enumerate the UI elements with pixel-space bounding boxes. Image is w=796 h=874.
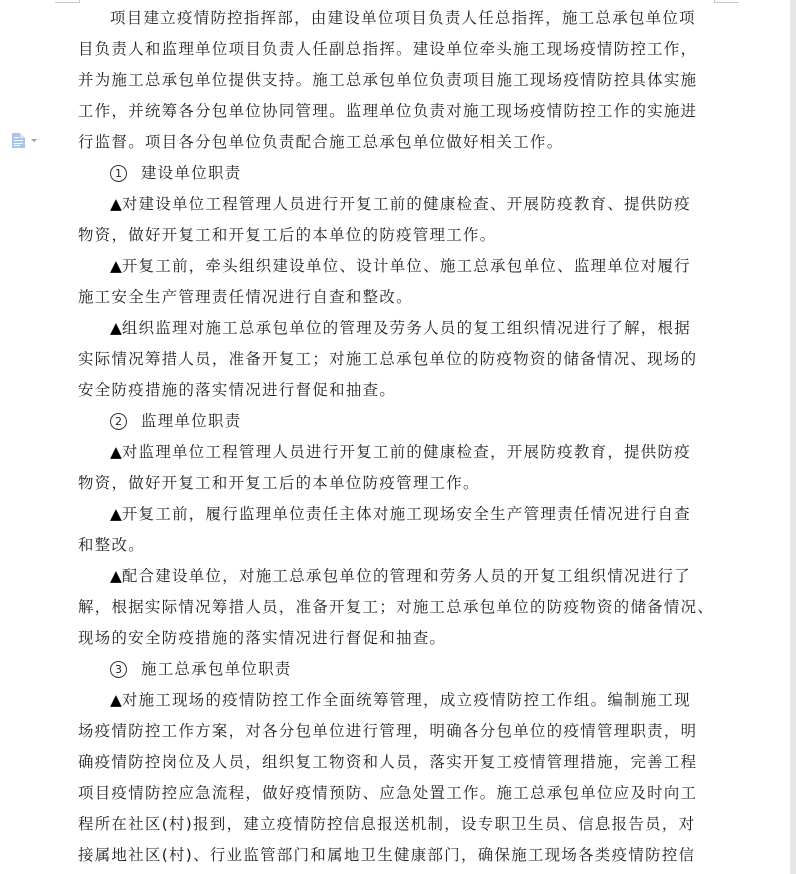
page-corner-mark-right (714, 0, 739, 3)
document-body: 项目建立疫情防控指挥部，由建设单位项目负责人任总指挥，施工总承包单位项 目负责人… (78, 0, 714, 871)
text-span: 对监理单位工程管理人员进行开复工前的健康检查，开展防疫教育，提供防疫 (122, 443, 691, 461)
text-line: 并为施工总承包单位提供支持。施工总承包单位负责项目施工现场疫情防控具体实施 (78, 65, 714, 96)
circled-number: 2 (110, 413, 127, 430)
section-heading: 1建设单位职责 (78, 158, 714, 189)
triangle-bullet-icon: ▲ (110, 443, 122, 461)
text-line: 确疫情防控岗位及人员，组织复工物资和人员，落实开复工疫情管理措施，完善工程 (78, 747, 714, 778)
document-icon (12, 133, 25, 148)
text-line: 项目建立疫情防控指挥部，由建设单位项目负责人任总指挥，施工总承包单位项 (78, 3, 714, 34)
text-line: 解，根据实际情况筹措人员，准备开复工；对施工总承包单位的防疫物资的储备情况、 (78, 592, 714, 623)
text-line: 实际情况筹措人员，准备开复工；对施工总承包单位的防疫物资的储备情况、现场的 (78, 344, 714, 375)
text-line: 接属地社区(村)、行业监管部门和属地卫生健康部门，确保施工现场各类疫情防控信 (78, 840, 714, 871)
bullet-line: ▲对监理单位工程管理人员进行开复工前的健康检查，开展防疫教育，提供防疫 (78, 437, 714, 468)
heading-text: 监理单位职责 (141, 412, 241, 430)
page-edge (790, 0, 796, 874)
text-line: 工作，并统筹各分包单位协同管理。监理单位负责对施工现场疫情防控工作的实施进 (78, 96, 714, 127)
text-span: 配合建设单位，对施工总承包单位的管理和劳务人员的开复工组织情况进行了 (122, 567, 691, 585)
bullet-line: ▲对建设单位工程管理人员进行开复工前的健康检查、开展防疫教育、提供防疫 (78, 189, 714, 220)
page-corner-mark-left (55, 0, 80, 3)
text-line: 程所在社区(村)报到，建立疫情防控信息报送机制，设专职卫生员、信息报告员，对 (78, 809, 714, 840)
text-line: 项目疫情防控应急流程，做好疫情预防、应急处置工作。施工总承包单位应及时向工 (78, 778, 714, 809)
bullet-line: ▲开复工前，履行监理单位责任主体对施工现场安全生产管理责任情况进行自查 (78, 499, 714, 530)
chevron-down-icon (31, 139, 37, 142)
heading-text: 建设单位职责 (141, 164, 241, 182)
text-line: 施工安全生产管理责任情况进行自查和整改。 (78, 282, 714, 313)
circled-number: 1 (110, 165, 127, 182)
paragraph-options-button[interactable] (12, 133, 37, 148)
text-span: 组织监理对施工总承包单位的管理及劳务人员的复工组织情况进行了解，根据 (122, 319, 691, 337)
triangle-bullet-icon: ▲ (110, 567, 122, 585)
bullet-line: ▲组织监理对施工总承包单位的管理及劳务人员的复工组织情况进行了解，根据 (78, 313, 714, 344)
text-line: 物资，做好开复工和开复工后的本单位的防疫管理工作。 (78, 220, 714, 251)
triangle-bullet-icon: ▲ (110, 319, 122, 337)
text-line: 场疫情防控工作方案，对各分包单位进行管理，明确各分包单位的疫情管理职责，明 (78, 716, 714, 747)
text-line: 目负责人和监理单位项目负责人任副总指挥。建设单位牵头施工现场疫情防控工作， (78, 34, 714, 65)
heading-text: 施工总承包单位职责 (141, 660, 292, 678)
triangle-bullet-icon: ▲ (110, 257, 122, 275)
text-line: 和整改。 (78, 530, 714, 561)
text-line: 现场的安全防疫措施的落实情况进行督促和抽查。 (78, 623, 714, 654)
text-line: 安全防疫措施的落实情况进行督促和抽查。 (78, 375, 714, 406)
triangle-bullet-icon: ▲ (110, 691, 122, 709)
circled-number: 3 (110, 661, 127, 678)
triangle-bullet-icon: ▲ (110, 505, 122, 523)
text-line: 行监督。项目各分包单位负责配合施工总承包单位做好相关工作。 (78, 127, 714, 158)
section-heading: 2监理单位职责 (78, 406, 714, 437)
text-span: 对施工现场的疫情防控工作全面统筹管理，成立疫情防控工作组。编制施工现 (122, 691, 691, 709)
section-heading: 3施工总承包单位职责 (78, 654, 714, 685)
text-line: 物资，做好开复工和开复工后的本单位防疫管理工作。 (78, 468, 714, 499)
bullet-line: ▲对施工现场的疫情防控工作全面统筹管理，成立疫情防控工作组。编制施工现 (78, 685, 714, 716)
bullet-line: ▲配合建设单位，对施工总承包单位的管理和劳务人员的开复工组织情况进行了 (78, 561, 714, 592)
text-span: 开复工前，牵头组织建设单位、设计单位、施工总承包单位、监理单位对履行 (122, 257, 691, 275)
triangle-bullet-icon: ▲ (110, 195, 122, 213)
text-span: 对建设单位工程管理人员进行开复工前的健康检查、开展防疫教育、提供防疫 (122, 195, 691, 213)
text-span: 开复工前，履行监理单位责任主体对施工现场安全生产管理责任情况进行自查 (122, 505, 691, 523)
bullet-line: ▲开复工前，牵头组织建设单位、设计单位、施工总承包单位、监理单位对履行 (78, 251, 714, 282)
